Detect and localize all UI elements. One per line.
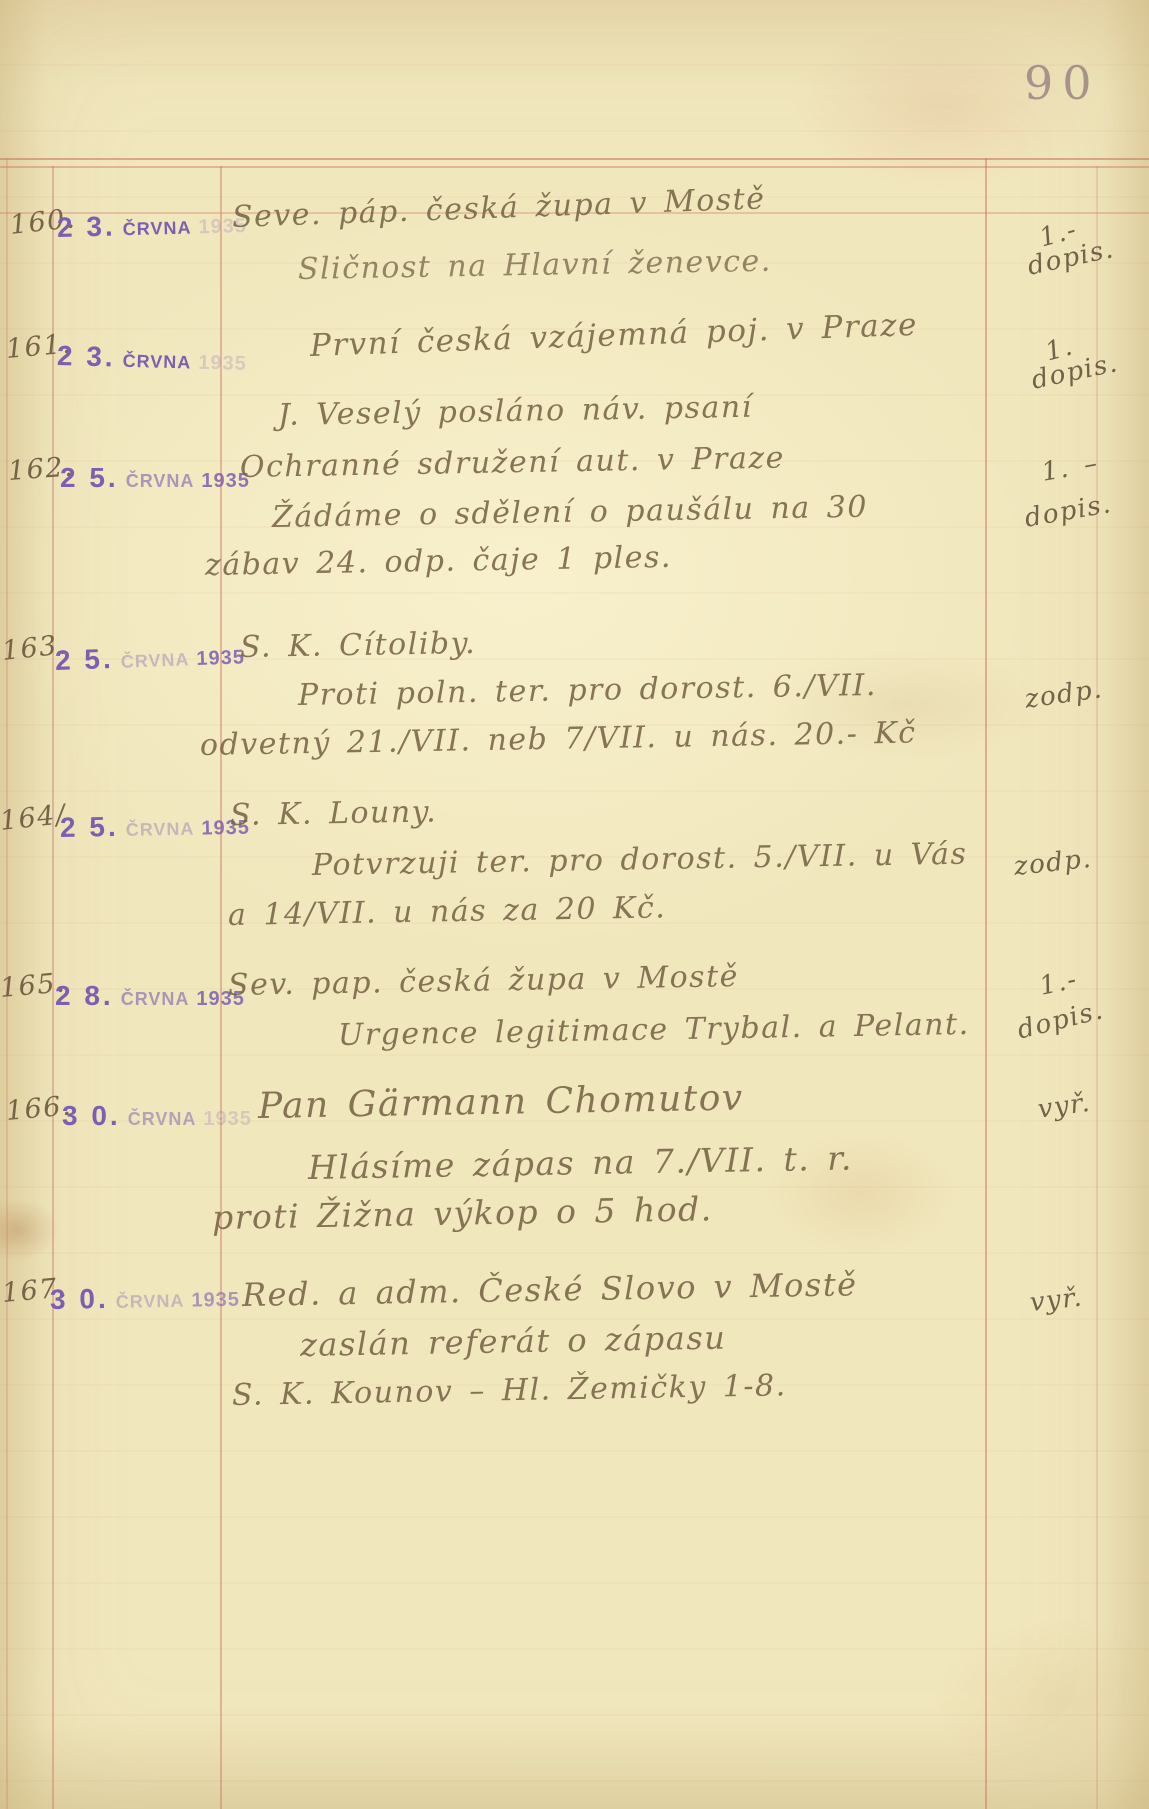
stamp-day: 2 8. — [55, 980, 114, 1011]
date-stamp: 2 5.ČRVNA1935 — [60, 462, 250, 494]
stamp-month: ČRVNA — [126, 471, 195, 491]
stamp-month: ČRVNA — [122, 351, 191, 373]
date-stamp: 2 3.ČRVNA1935 — [57, 340, 248, 377]
entry-line: S. K. Cítoliby. — [240, 626, 477, 665]
stamp-day: 3 0. — [50, 1283, 109, 1315]
entry-line: Seve. páp. česká župa v Mostě — [231, 181, 766, 235]
date-stamp: 2 5.ČRVNA1935 — [60, 809, 250, 844]
entry-line: zaslán referát o zápasu — [300, 1319, 727, 1364]
date-stamp: 3 0.ČRVNA1935 — [62, 1100, 252, 1132]
note-line: dopis. — [1022, 489, 1114, 534]
stamp-day: 2 5. — [60, 811, 119, 843]
entry-line: Red. a adm. České Slovo v Mostě — [242, 1265, 858, 1314]
header-rule-top — [0, 158, 1149, 160]
entry-line: S. K. Kounov – Hl. Žemičky 1-8. — [232, 1368, 787, 1413]
stamp-month: ČRVNA — [120, 649, 189, 671]
date-stamp: 3 0.ČRVNA1935 — [50, 1281, 240, 1316]
stamp-year: 1935 — [196, 646, 245, 670]
stamp-month: ČRVNA — [128, 1109, 197, 1129]
stamp-day: 2 5. — [60, 462, 119, 493]
note-line: zodp. — [1012, 844, 1093, 882]
stamp-month: ČRVNA — [116, 1291, 185, 1312]
note-line: vyř. — [1028, 1283, 1084, 1318]
note-line: 1. – — [1039, 448, 1100, 487]
entry-line: Potvrzuji ter. pro dorost. 5./VII. u Vás — [312, 837, 968, 883]
entry-line: J. Veselý posláno náv. psaní — [278, 390, 753, 433]
note-line: 1.- — [1037, 964, 1080, 1001]
entry-line: Pan Gärmann Chomutov — [258, 1078, 744, 1127]
entry-line: První česká vzájemná poj. v Praze — [309, 307, 918, 364]
entry-line: Urgence legitimace Trybal. a Pelant. — [338, 1007, 970, 1053]
date-stamp: 2 8.ČRVNA1935 — [55, 980, 245, 1012]
entry-line: zábav 24. odp. čaje 1 ples. — [205, 540, 672, 583]
entry-line: Žádáme o sdělení o paušálu na 30 — [272, 490, 868, 535]
stamp-year: 1935 — [198, 352, 247, 375]
stamp-day: 3 0. — [62, 1100, 121, 1131]
ledger-page: 90 160. 2 3.ČRVNA1935 Seve. páp. česká ž… — [0, 0, 1149, 1809]
entry-line: S. K. Louny. — [230, 794, 438, 833]
stamp-day: 2 5. — [54, 643, 114, 676]
entry-number: 164/ — [0, 799, 68, 837]
note-line: dopis. — [1014, 995, 1107, 1045]
stamp-day: 2 3. — [57, 210, 116, 243]
entry-line: Sev. pap. česká župa v Mostě — [228, 959, 739, 1003]
entry-line: Ochranné sdružení aut. v Praze — [240, 440, 785, 485]
column-rule-notes — [985, 158, 987, 1809]
entry-line: odvetný 21./VII. neb 7/VII. u nás. 20.- … — [200, 715, 917, 763]
stamp-day: 2 3. — [57, 340, 116, 373]
column-rule-notes-inner — [1096, 166, 1098, 1809]
note-line: zodp. — [1023, 674, 1105, 715]
entry-line: Sličnost na Hlavní ženevce. — [298, 244, 772, 287]
date-stamp: 2 3.ČRVNA1935 — [57, 207, 248, 244]
note-line: vyř. — [1036, 1088, 1093, 1125]
header-rule-bottom — [0, 166, 1149, 168]
page-number: 90 — [1024, 56, 1101, 110]
entry-line: Hlásíme zápas na 7./VII. t. r. — [308, 1138, 853, 1187]
entry-line: Proti poln. ter. pro dorost. 6./VII. — [298, 668, 877, 713]
date-stamp: 2 5.ČRVNA1935 — [54, 638, 245, 677]
stamp-month: ČRVNA — [126, 819, 195, 840]
stamp-month: ČRVNA — [122, 217, 191, 239]
entry-line: a 14/VII. u nás za 20 Kč. — [228, 890, 667, 933]
entry-line: proti Žižna výkop o 5 hod. — [212, 1189, 713, 1237]
stamp-year: 1935 — [191, 1289, 240, 1312]
stamp-year: 1935 — [203, 1108, 252, 1130]
stamp-month: ČRVNA — [121, 989, 190, 1009]
